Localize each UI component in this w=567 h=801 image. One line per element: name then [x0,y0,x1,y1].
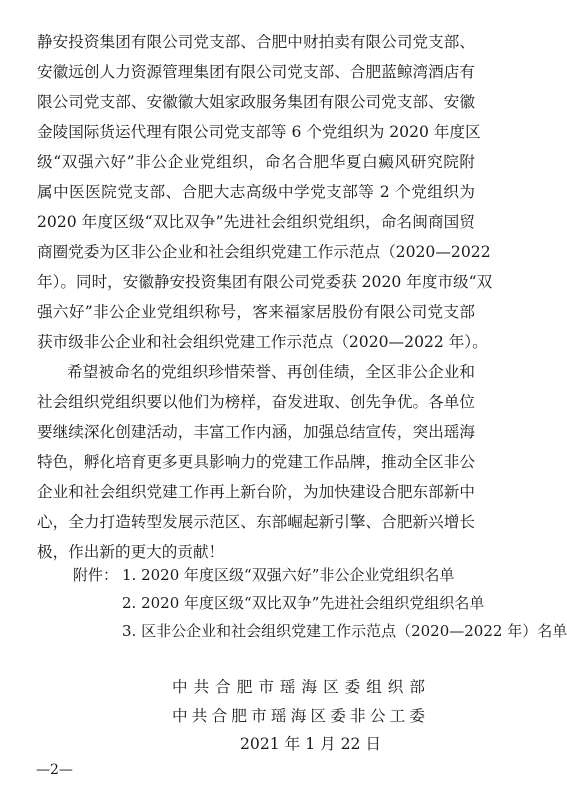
text-line: 年）。同时，安徽静安投资集团有限公司党委获 2020 年度市级“双 [37,267,475,297]
page-number: —2— [36,760,73,780]
attachment-item: 1. 2020 年度区级“双强六好”非公企业党组织名单 [122,561,454,589]
text-line: 商圈党委为区非公企业和社会组织党建工作示范点（2020—2022 [37,237,475,267]
text-line: 希望被命名的党组织珍惜荣誉、再创佳绩，全区非公企业和 [67,357,475,387]
issuer-name: 中共合肥市瑶海区委非公工委 [172,702,425,730]
text-line: 强六好”非公企业党组织称号，客来福家居股份有限公司党支部 [37,297,475,327]
text-line: 2020 年度区级“双比双争”先进社会组织党组织，命名闽商国贸 [37,207,475,237]
text-line: 特色，孵化培育更多更具影响力的党建工作品牌，推动全区非公 [37,447,475,477]
text-line: 心，全力打造转型发展示范区、东部崛起新引擎、合肥新兴增长 [37,507,475,537]
text-line: 要继续深化创建活动，丰富工作内涵，加强总结宣传，突出瑶海 [37,417,475,447]
text-line: 社会组织党组织要以他们为榜样，奋发进取、创先争优。各单位 [37,387,475,417]
text-line: 安徽远创人力资源管理集团有限公司党支部、合肥蓝鲸湾酒店有 [37,57,475,87]
text-line: 获市级非公企业和社会组织党建工作示范点（2020—2022 年）。 [37,327,475,357]
text-line: 属中医医院党支部、合肥大志高级中学党支部等 2 个党组织为 [37,177,475,207]
attachment-item: 3. 区非公企业和社会组织党建工作示范点（2020—2022 年）名单 [122,617,567,645]
issuer-name: 中共合肥市瑶海区委组织部 [172,673,425,701]
text-line: 静安投资集团有限公司党支部、合肥中财拍卖有限公司党支部、 [37,27,475,57]
text-line: 企业和社会组织党建工作再上新台阶，为加快建设合肥东部新中 [37,477,475,507]
text-line: 级“双强六好”非公企业党组织，命名合肥华夏白癜风研究院附 [37,147,475,177]
text-line: 金陵国际货运代理有限公司党支部等 6 个党组织为 2020 年度区 [37,117,475,147]
issue-date: 2021 年 1 月 22 日 [240,730,381,758]
text-line: 限公司党支部、安徽徽大姐家政服务集团有限公司党支部、安徽 [37,87,475,117]
attachment-item: 2. 2020 年度区级“双比双争”先进社会组织党组织名单 [122,589,484,617]
attachments-label: 附件： [73,561,118,589]
